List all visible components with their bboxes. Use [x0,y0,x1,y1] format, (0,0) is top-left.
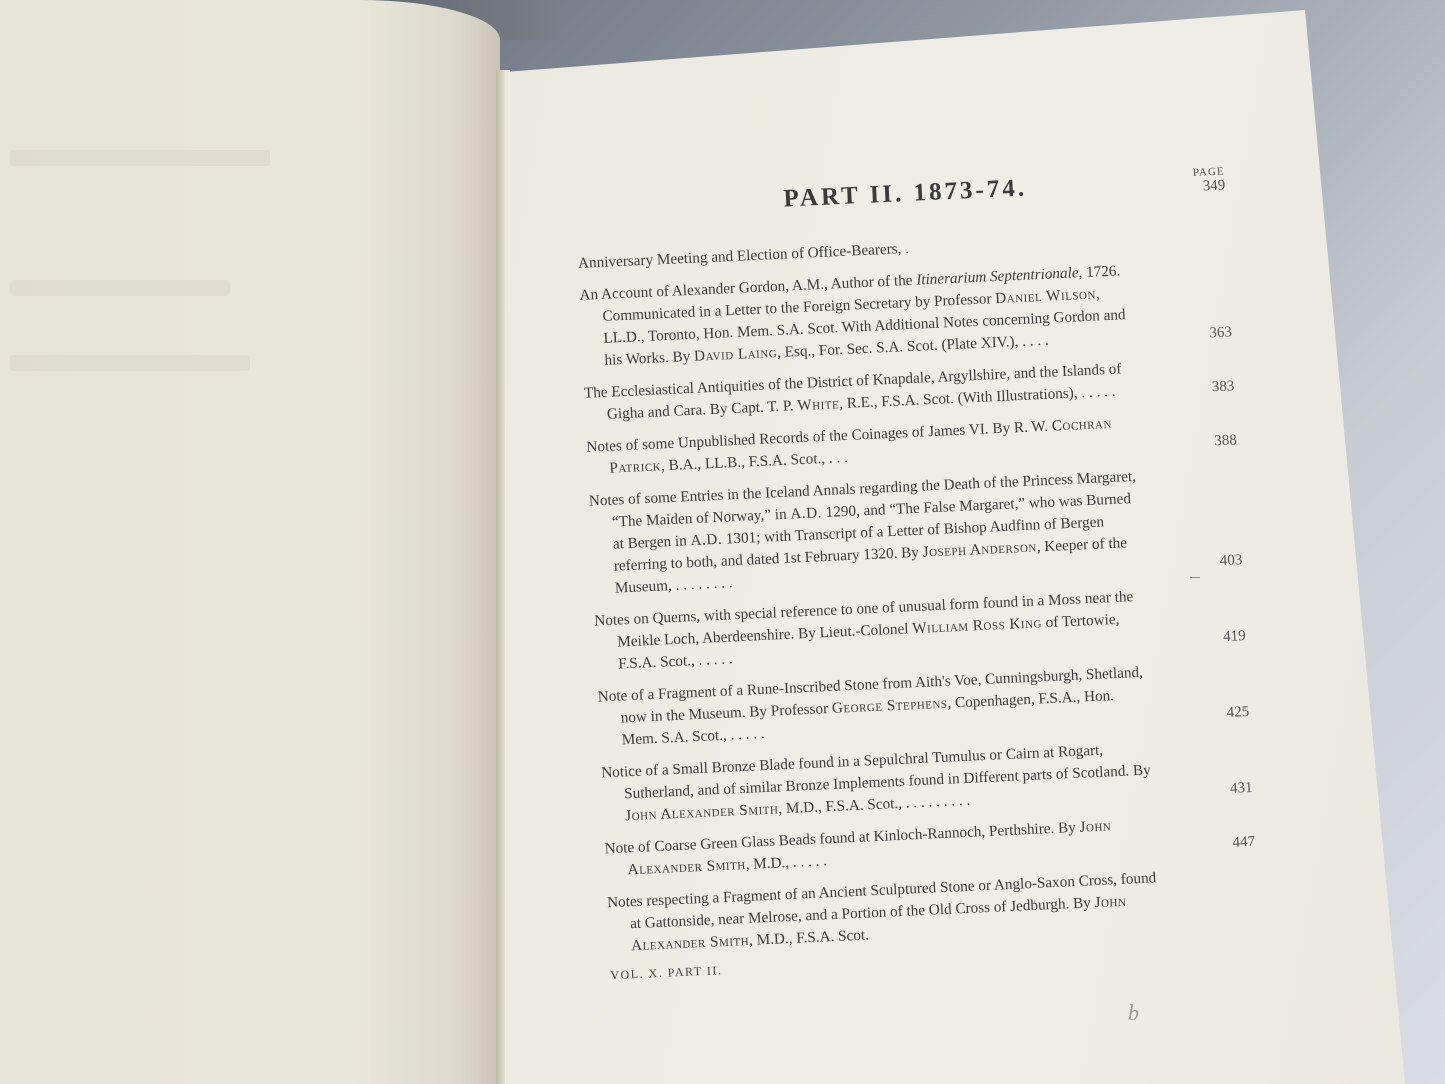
entry-page-number: 419 [1223,625,1246,648]
table-of-contents: PAGE 349 PART II. 1873-74. Anniversary M… [575,167,1230,983]
entry-text: Notice of a Small Bronze Blade found in … [601,737,1153,828]
entry-page-number: 447 [1232,831,1255,854]
signature-mark: b [1128,1000,1139,1026]
page-column-header: PAGE 349 [1193,166,1226,196]
show-through-text [10,280,230,296]
entry-text: An Account of Alexander Gordon, A.M., Au… [579,260,1132,373]
entry-text: Notes on Querns, with special reference … [594,586,1146,677]
entry-page-number: 383 [1211,375,1234,398]
entry-page-number: 388 [1214,429,1237,452]
entry-page-number: 349 [1193,178,1225,196]
entry-text: Note of a Fragment of a Rune-Inscribed S… [597,662,1149,753]
entry-page-number: 425 [1226,701,1249,724]
toc-entry: Notes of some Entries in the Iceland Ann… [588,463,1212,601]
margin-mark [1190,577,1200,578]
show-through-text [10,150,270,166]
entry-text: Notes respecting a Fragment of an Ancien… [607,867,1159,958]
entry-text: Notes of some Entries in the Iceland Ann… [588,466,1142,601]
left-page [0,0,500,1084]
toc-entry: An Account of Alexander Gordon, A.M., Au… [579,257,1202,373]
entry-page-number: 403 [1219,549,1242,572]
entry-page-number: 363 [1209,321,1232,344]
show-through-text [10,355,250,371]
toc-entries: Anniversary Meeting and Election of Offi… [578,225,1229,958]
entry-page-number: 431 [1230,777,1253,800]
